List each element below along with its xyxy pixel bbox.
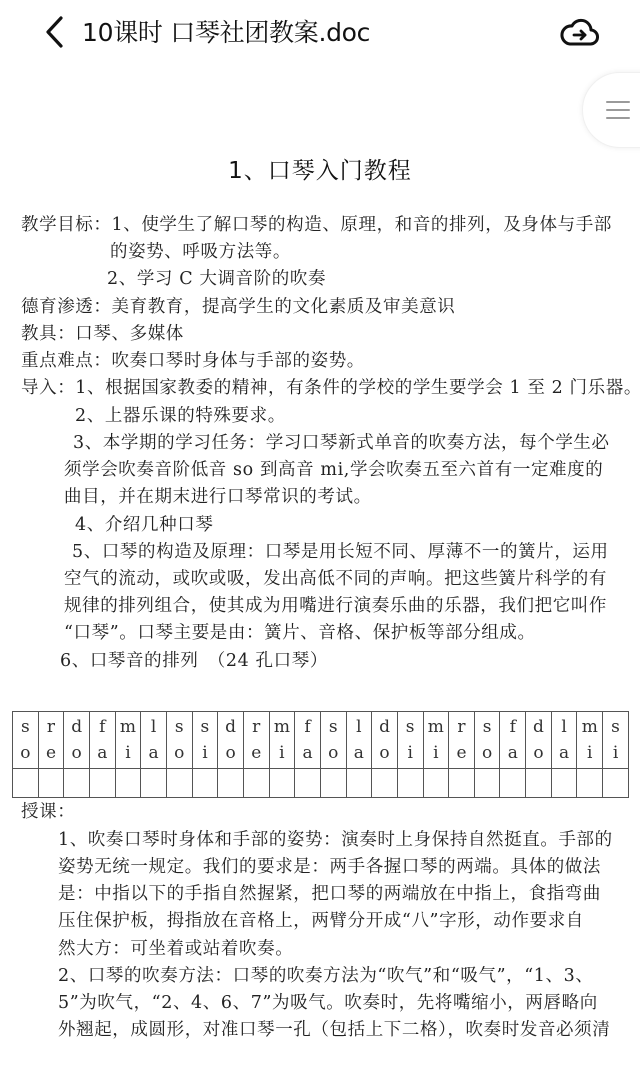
note-letter: i xyxy=(603,740,628,766)
chevron-left-icon xyxy=(40,14,70,50)
blank-cell xyxy=(526,769,552,798)
text-line: 2、上器乐课的特殊要求。 xyxy=(75,403,286,430)
note-letter: d xyxy=(64,714,89,740)
note-cell: do xyxy=(218,712,244,769)
note-letter: o xyxy=(321,740,346,766)
note-letter: o xyxy=(167,740,192,766)
note-letter: m xyxy=(577,714,602,740)
text-line: 授课： xyxy=(21,799,75,826)
note-letter: i xyxy=(398,740,423,766)
note-letter: s xyxy=(321,714,346,740)
note-letter: i xyxy=(424,740,449,766)
note-letter: f xyxy=(500,714,525,740)
text-line: 6、口琴音的排列 （24 孔口琴） xyxy=(60,648,328,675)
text-line: “口琴”。口琴主要是由：簧片、音格、保护板等部分组成。 xyxy=(64,620,536,647)
note-letter: f xyxy=(90,714,115,740)
text-line: 5”为吹气，“2、4、6、7”为吸气。吹奏时，先将嘴缩小，两唇略向 xyxy=(58,990,598,1017)
note-cell: do xyxy=(526,712,552,769)
hamburger-menu-icon xyxy=(606,101,630,125)
text-line: 2、学习 C 大调音阶的吹奏 xyxy=(107,266,326,293)
blank-cell xyxy=(577,769,603,798)
text-line: 德育渗透：美育教育，提高学生的文化素质及审美意识 xyxy=(21,294,455,321)
note-cell: mi xyxy=(115,712,141,769)
note-cell: si xyxy=(603,712,629,769)
note-letter: s xyxy=(193,714,218,740)
note-letter: e xyxy=(244,740,269,766)
note-letter: i xyxy=(116,740,141,766)
note-letter: o xyxy=(64,740,89,766)
text-line: 须学会吹奏音阶低音 so 到高音 mi,学会吹奏五至六首有一定难度的 xyxy=(64,457,603,484)
note-letter: a xyxy=(552,740,577,766)
note-letter: o xyxy=(526,740,551,766)
text-line: 然大方：可坐着或站着吹奏。 xyxy=(58,936,293,963)
blank-row xyxy=(13,769,629,798)
blank-cell xyxy=(89,769,115,798)
note-letter: d xyxy=(218,714,243,740)
note-cell: do xyxy=(64,712,90,769)
note-letter: m xyxy=(270,714,295,740)
blank-cell xyxy=(320,769,346,798)
cloud-upload-button[interactable] xyxy=(560,15,600,49)
note-cell: la xyxy=(346,712,372,769)
note-letter: a xyxy=(347,740,372,766)
note-cell: re xyxy=(38,712,64,769)
note-letter: m xyxy=(116,714,141,740)
note-letter: o xyxy=(218,740,243,766)
note-letter: s xyxy=(398,714,423,740)
note-letter: a xyxy=(141,740,166,766)
note-letter: s xyxy=(13,714,38,740)
document-title: 10课时 口琴社团教案.doc xyxy=(82,13,370,49)
note-letter: f xyxy=(295,714,320,740)
note-letter: e xyxy=(449,740,474,766)
text-line: 重点难点：吹奏口琴时身体与手部的姿势。 xyxy=(21,348,365,375)
text-line: 1、吹奏口琴时身体和手部的姿势：演奏时上身保持自然挺直。手部的 xyxy=(58,827,613,854)
note-letter: a xyxy=(295,740,320,766)
note-cell: so xyxy=(474,712,500,769)
note-letter: l xyxy=(552,714,577,740)
text-line: 2、口琴的吹奏方法：口琴的吹奏方法为“吹气”和“吸气”，“1、3、 xyxy=(58,963,593,990)
blank-cell xyxy=(141,769,167,798)
note-cell: mi xyxy=(577,712,603,769)
back-button[interactable] xyxy=(40,14,70,50)
blank-cell xyxy=(243,769,269,798)
text-line: 3、本学期的学习任务：学习口琴新式单音的吹奏方法，每个学生必 xyxy=(73,430,610,457)
note-letter: i xyxy=(577,740,602,766)
note-letter: o xyxy=(372,740,397,766)
top-app-bar: 10课时 口琴社团教案.doc xyxy=(0,0,640,64)
blank-cell xyxy=(38,769,64,798)
blank-cell xyxy=(295,769,321,798)
document-heading: 1、口琴入门教程 xyxy=(0,152,640,185)
note-cell: do xyxy=(372,712,398,769)
text-line: 外翘起，成圆形，对准口琴一孔（包括上下二格），吹奏时发音必须清 xyxy=(58,1017,610,1044)
blank-cell xyxy=(192,769,218,798)
note-cell: si xyxy=(192,712,218,769)
note-letter: o xyxy=(13,740,38,766)
blank-cell xyxy=(423,769,449,798)
blank-cell xyxy=(603,769,629,798)
blank-cell xyxy=(372,769,398,798)
text-line: 姿势无统一规定。我们的要求是：两手各握口琴的两端。具体的做法 xyxy=(58,854,601,881)
note-letter: d xyxy=(526,714,551,740)
blank-cell xyxy=(13,769,39,798)
blank-cell xyxy=(115,769,141,798)
note-letter: s xyxy=(167,714,192,740)
note-letter: i xyxy=(193,740,218,766)
note-letter: a xyxy=(90,740,115,766)
note-letter: o xyxy=(475,740,500,766)
note-letter: l xyxy=(141,714,166,740)
note-cell: mi xyxy=(423,712,449,769)
blank-cell xyxy=(166,769,192,798)
floating-menu-button[interactable] xyxy=(582,72,640,148)
text-line: 的姿势、呼吸方法等。 xyxy=(110,239,291,266)
note-letter: a xyxy=(500,740,525,766)
note-row: soredofamilasosidoremifasoladosimiresofa… xyxy=(13,712,629,769)
text-line: 压住保护板，拇指放在音格上，两臂分开成“八”字形，动作要求自 xyxy=(58,908,584,935)
text-line: 5、口琴的构造及原理：口琴是用长短不同、厚薄不一的簧片，运用 xyxy=(72,539,609,566)
note-letter: r xyxy=(244,714,269,740)
blank-cell xyxy=(449,769,475,798)
text-line: 导入：1、根据国家教委的精神，有条件的学校的学生要学会 1 至 2 门乐器。 xyxy=(21,375,640,402)
blank-cell xyxy=(500,769,526,798)
note-cell: mi xyxy=(269,712,295,769)
note-letter: l xyxy=(347,714,372,740)
note-letter: r xyxy=(39,714,64,740)
text-line: 教学目标：1、使学生了解口琴的构造、原理，和音的排列，及身体与手部 xyxy=(21,212,612,239)
note-cell: la xyxy=(141,712,167,769)
note-letter: s xyxy=(475,714,500,740)
blank-cell xyxy=(551,769,577,798)
note-letter: s xyxy=(603,714,628,740)
text-line: 规律的排列组合，使其成为用嘴进行演奏乐曲的乐器，我们把它叫作 xyxy=(64,593,607,620)
note-letter: m xyxy=(424,714,449,740)
harmonica-note-table: soredofamilasosidoremifasoladosimiresofa… xyxy=(12,711,629,798)
note-cell: fa xyxy=(295,712,321,769)
note-cell: la xyxy=(551,712,577,769)
note-cell: so xyxy=(320,712,346,769)
text-line: 是：中指以下的手指自然握紧，把口琴的两端放在中指上，食指弯曲 xyxy=(58,881,601,908)
note-cell: re xyxy=(243,712,269,769)
note-cell: so xyxy=(166,712,192,769)
text-line: 4、介绍几种口琴 xyxy=(75,512,213,539)
blank-cell xyxy=(64,769,90,798)
blank-cell xyxy=(218,769,244,798)
note-letter: d xyxy=(372,714,397,740)
note-letter: i xyxy=(270,740,295,766)
text-line: 空气的流动，或吹或吸，发出高低不同的声响。把这些簧片科学的有 xyxy=(64,566,607,593)
note-letter: e xyxy=(39,740,64,766)
note-cell: re xyxy=(449,712,475,769)
note-letter: r xyxy=(449,714,474,740)
blank-cell xyxy=(474,769,500,798)
blank-cell xyxy=(269,769,295,798)
note-cell: si xyxy=(397,712,423,769)
cloud-upload-icon xyxy=(560,15,600,49)
blank-cell xyxy=(397,769,423,798)
note-cell: fa xyxy=(89,712,115,769)
blank-cell xyxy=(346,769,372,798)
note-cell: fa xyxy=(500,712,526,769)
text-line: 教具：口琴、多媒体 xyxy=(21,321,184,348)
note-cell: so xyxy=(13,712,39,769)
text-line: 曲目，并在期末进行口琴常识的考试。 xyxy=(64,484,372,511)
